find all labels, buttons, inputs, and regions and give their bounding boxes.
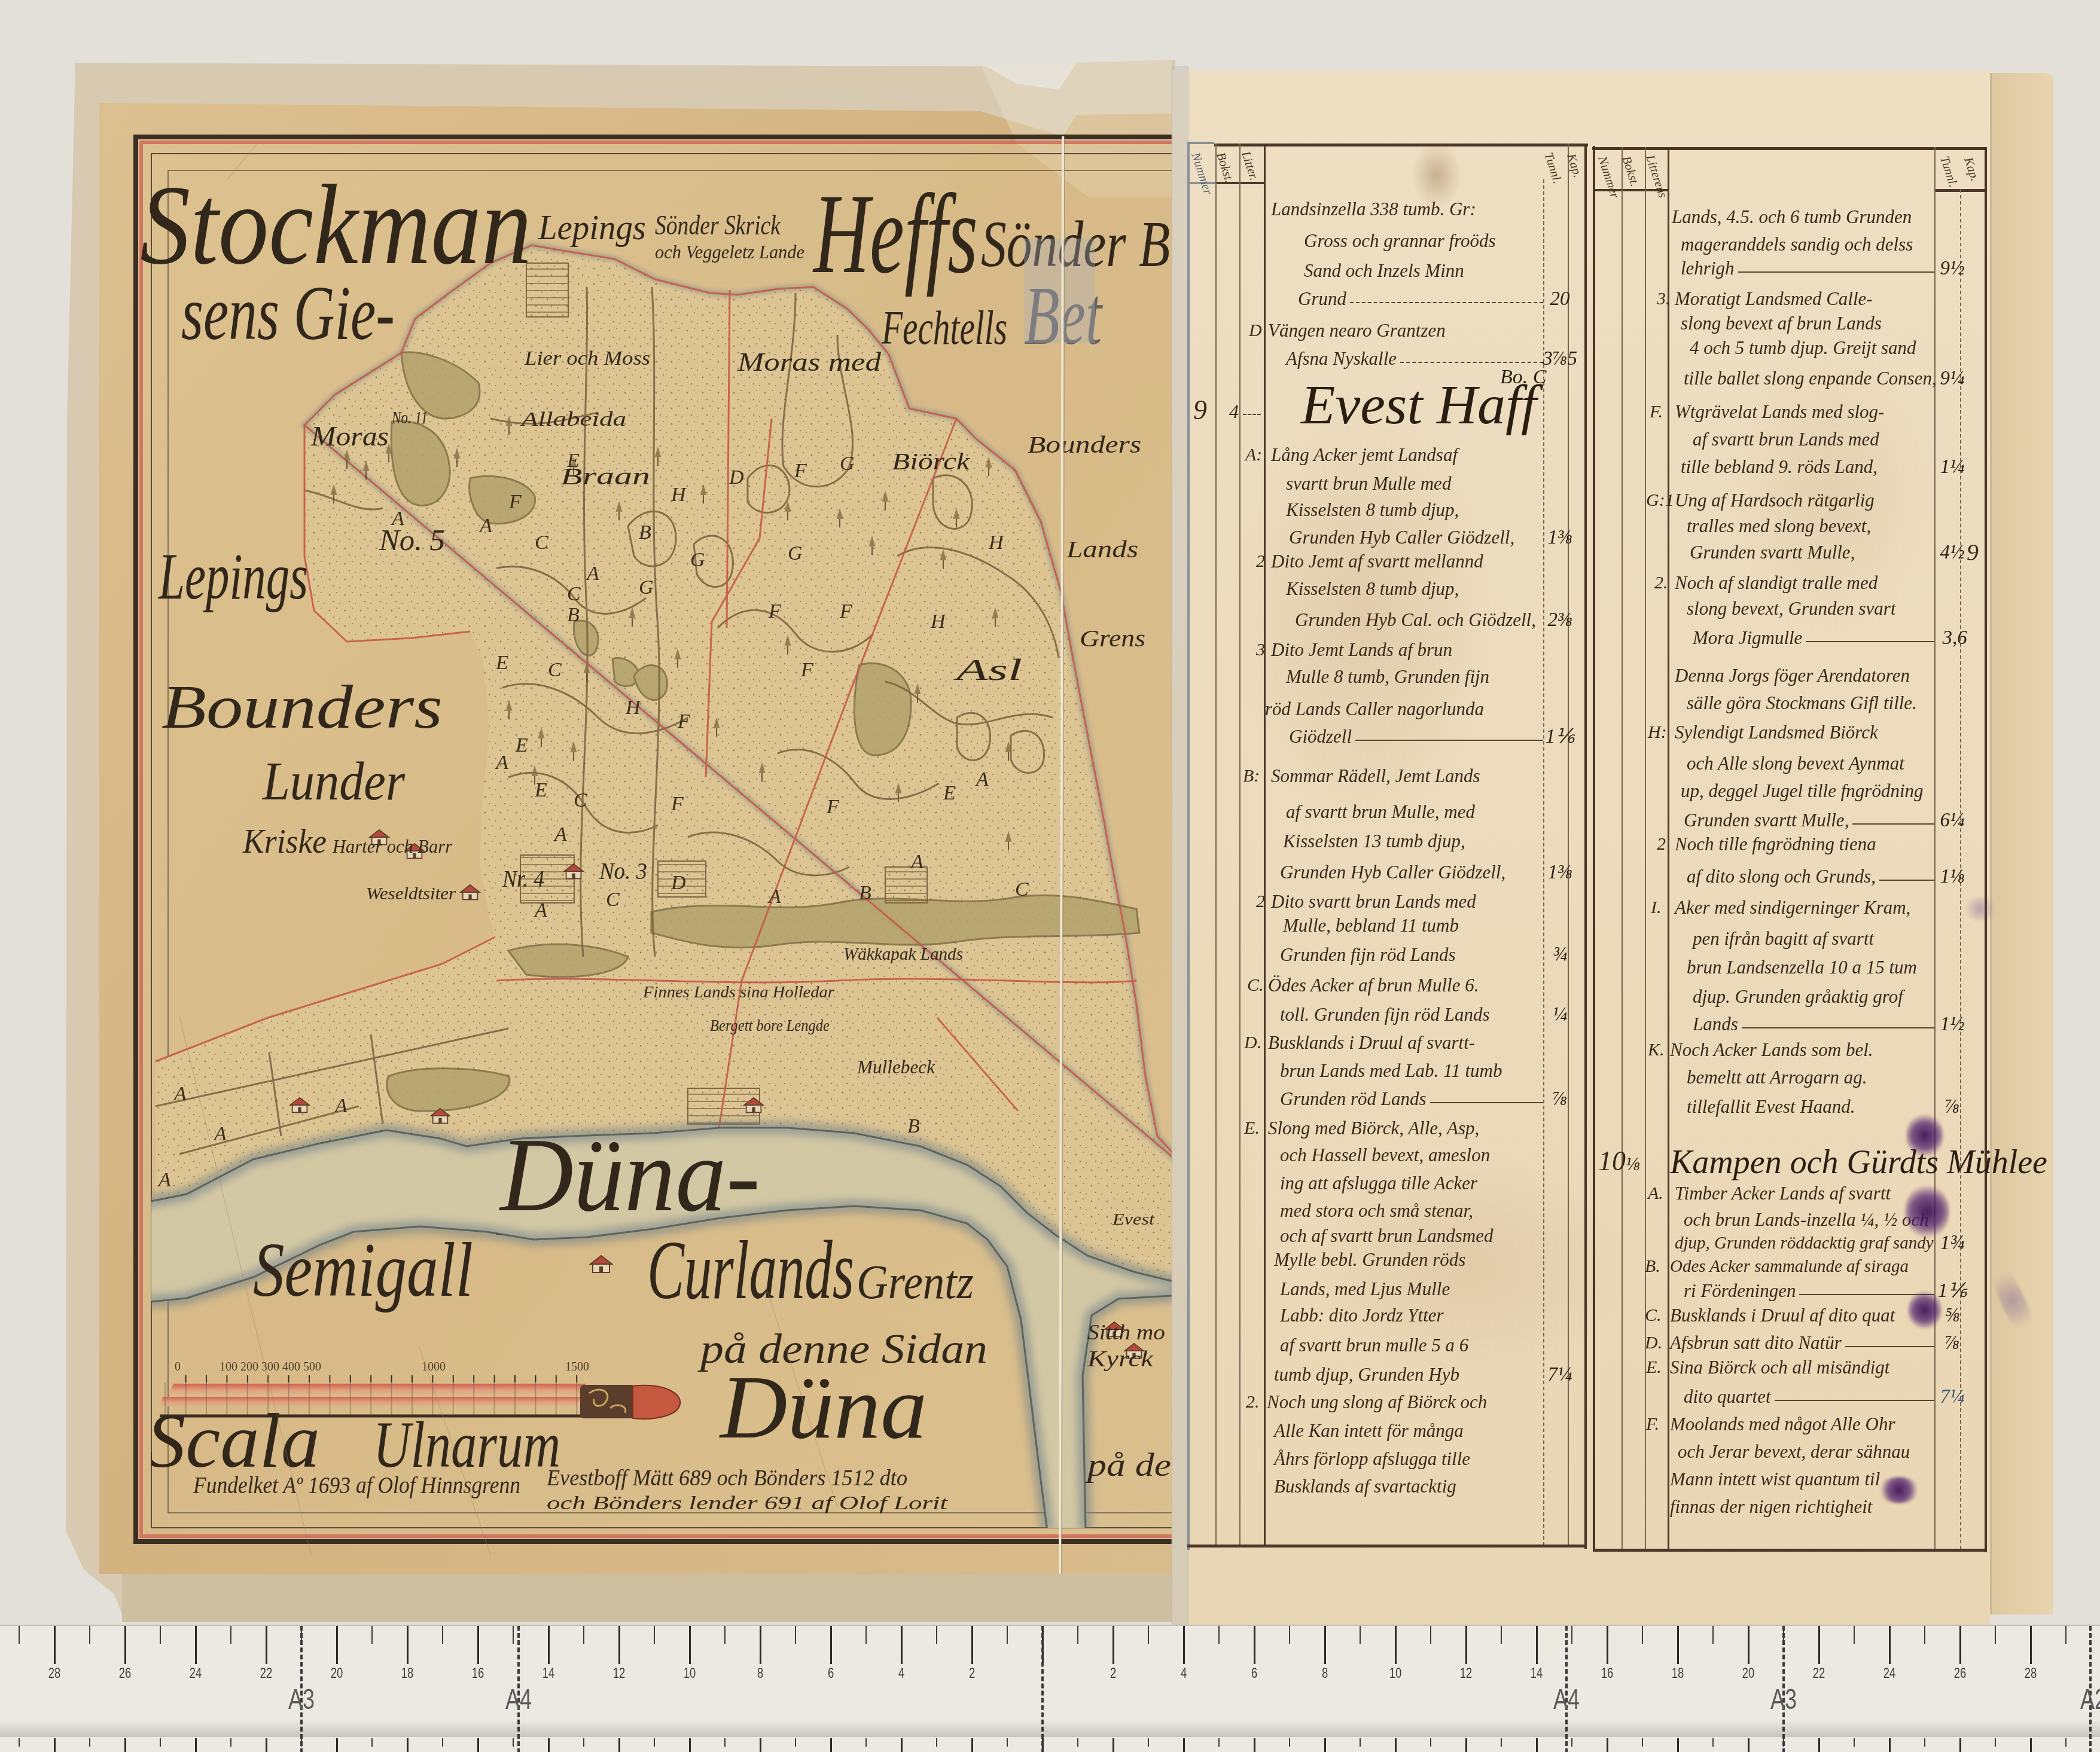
scale-tick-label: 100 200 300 400 500 — [220, 1360, 321, 1373]
ruler-number: 10 — [1386, 1665, 1405, 1681]
row-mark: D. — [1244, 1030, 1261, 1056]
ruler-number: 12 — [609, 1665, 629, 1681]
register-line: Grunden Hyb Cal. och Giödzell, — [1295, 607, 1536, 633]
parcel-letter: A — [767, 886, 781, 908]
parcel-letter: G — [690, 549, 705, 571]
register-line: Moratigt Landsmed Calle- — [1675, 286, 1873, 312]
register-line: Busklands i Druul af dito quat — [1670, 1302, 1895, 1329]
register-line: Alle Kan intett för många — [1274, 1418, 1464, 1444]
label-lepings: Lepings — [158, 540, 308, 613]
parcel-letter: A — [157, 1169, 171, 1191]
row-mark: F. — [1646, 1411, 1659, 1437]
register-line: Mylle bebl. Grunden röds — [1274, 1247, 1465, 1273]
title-heffs: Heffs — [812, 172, 978, 297]
register-line: up, deggel Jugel tille fngrödning — [1681, 778, 1924, 804]
ruler-number: 2 — [962, 1665, 982, 1681]
ruler-number: 8 — [1315, 1665, 1334, 1681]
register-line: Moolands med något Alle Ohr — [1670, 1411, 1895, 1437]
ruler-number: 18 — [1668, 1665, 1687, 1681]
register-line: brun Lands med Lab. 11 tumb — [1280, 1058, 1502, 1084]
parcel-letter: A — [910, 851, 923, 873]
scale-tick-label: 1000 — [422, 1360, 446, 1373]
register-line: Lands — [1693, 1011, 1934, 1037]
note-line: Evestboff Mätt 689 och Bönders 1512 dto — [546, 1466, 907, 1491]
label-bergett: Bergett bore Lengde — [710, 1017, 830, 1035]
parcel-letter: A — [213, 1123, 227, 1145]
scale-ruler: 28 26 24 22 20 18 16 14 12 10 8 6 4 2 2 … — [0, 1625, 2100, 1752]
section-sub-number: 4 — [1229, 398, 1239, 425]
row-mark: 2. — [1246, 1389, 1260, 1415]
register-line: Sina Biörck och all misändigt — [1670, 1354, 1889, 1381]
register-line: Lång Acker jemt Landsaf — [1271, 442, 1458, 468]
ruler-number: 6 — [1245, 1665, 1264, 1681]
parcel-letter: C — [567, 583, 581, 605]
ruler-number: 14 — [539, 1665, 558, 1681]
register-line: Kisselsten 13 tumb djup, — [1283, 828, 1465, 854]
register-line: djup. Grunden gråaktig grof — [1693, 984, 1903, 1010]
row-mark: K. — [1648, 1037, 1665, 1063]
parcel-letter: H — [625, 697, 642, 719]
label-sitth-mo: Sitth mo — [1087, 1320, 1165, 1344]
label-duna-bottom: Düna — [719, 1358, 927, 1457]
area-value: 9½ — [1933, 255, 1971, 282]
register-line: Timber Acker Lands af svartt — [1675, 1180, 1891, 1207]
register-line: Busklands af svartacktig — [1274, 1473, 1456, 1500]
label-evest-small: Evest — [1112, 1210, 1156, 1229]
ruler-number: 28 — [45, 1665, 64, 1681]
row-mark: B: — [1243, 763, 1260, 789]
ink-blot — [1878, 1477, 1920, 1503]
row-mark: C. — [1645, 1302, 1662, 1329]
row-mark: B. — [1645, 1253, 1660, 1280]
parcel-letter: B — [859, 882, 871, 904]
register-line: Ödes Acker af brun Mulle 6. — [1268, 972, 1479, 999]
row-mark: A. — [1648, 1180, 1663, 1207]
ruler-number: 18 — [398, 1665, 417, 1681]
parcel-letter: G — [639, 576, 654, 599]
label-no-4: Nr. 4 — [502, 865, 544, 892]
title-sonder-skrick: Sönder Skrick — [655, 210, 781, 240]
area-value: 20 — [1541, 286, 1579, 312]
label-lands-right: Lands — [1066, 536, 1138, 563]
ruler-number: 26 — [115, 1665, 135, 1681]
tape-patch — [1024, 239, 1095, 343]
ruler-format-label: A4 — [498, 1683, 539, 1716]
parcel-letter: G — [840, 453, 855, 475]
label-moras-med: Moras med — [737, 347, 882, 377]
register-line: Sylendigt Landsmed Biörck — [1675, 719, 1878, 746]
area-value: 2⅜ — [1541, 607, 1579, 633]
line-text: lehrigh — [1681, 255, 1735, 282]
label-wakkapak: Wäkkapak Lands — [843, 944, 963, 964]
label-grens-right: Grens — [1080, 625, 1145, 652]
register-line: af svartt brun mulle 5 a 6 — [1280, 1332, 1468, 1359]
title-lepings: Lepings — [538, 207, 646, 247]
ink-blot — [1908, 1290, 1941, 1330]
register-line: Mulle, bebland 11 tumb — [1283, 912, 1459, 939]
scanned-document: A F A E C A C B B H D G G F G G F F H H … — [0, 0, 2100, 1752]
parcel-letter: A — [334, 1095, 348, 1117]
label-curlands: Curlands — [647, 1224, 854, 1317]
register-line: 4 och 5 tumb djup. Greijt sand — [1690, 335, 1916, 361]
register-line: af svartt brun Lands med — [1693, 426, 1879, 453]
row-mark: 2 — [1256, 889, 1265, 915]
register-line: Noch af slandigt tralle med — [1675, 570, 1877, 596]
parcel-letter: E — [534, 779, 547, 801]
parcel-letter: B — [567, 604, 580, 626]
parcel-letter: F — [670, 793, 684, 815]
scale-unit: Ulnarum — [373, 1408, 560, 1481]
label-allabeida: Allabeida — [520, 408, 626, 431]
label-braan: Braan — [560, 463, 650, 490]
section-number: 9 — [1193, 397, 1207, 423]
row-mark: I. — [1651, 895, 1662, 921]
area-value: 4½ — [1933, 539, 1971, 566]
ruler-number: 2 — [1104, 1665, 1123, 1681]
row-mark: 2 — [1256, 548, 1265, 575]
area-value: ⅞ — [1933, 1094, 1971, 1120]
ruler-number: 16 — [1598, 1665, 1617, 1681]
line-text: Grund — [1298, 286, 1346, 312]
section-title-kampen: Kampen och Gürdts Mühlee — [1670, 1143, 2047, 1182]
row-mark: G:1 — [1646, 487, 1674, 514]
row-mark: 3. — [1657, 286, 1671, 312]
area-value: 9¼ — [1933, 365, 1971, 392]
area-value: ⅞ — [1933, 1330, 1971, 1356]
ruler-number: 28 — [2021, 1665, 2040, 1681]
register-line: Grunden röd Lands — [1280, 1086, 1543, 1112]
line-text: Grunden röd Lands — [1280, 1086, 1427, 1112]
parcel-letter: C — [548, 659, 562, 681]
parcel-letter: D — [670, 872, 686, 894]
ruler-edge — [0, 1722, 2100, 1737]
ruler-format-label: A2 — [2073, 1683, 2100, 1716]
parcel-letter: A — [173, 1083, 187, 1105]
register-line: Landsinzella 338 tumb. Gr: — [1271, 196, 1476, 222]
ink-blot — [1906, 1113, 1943, 1158]
parcel-letter: A — [975, 768, 989, 790]
register-line: brun Landsenzella 10 a 15 tum — [1687, 954, 1917, 981]
register-line: ri Fördeningen — [1684, 1278, 1934, 1304]
area-value: 6¼ — [1933, 807, 1971, 834]
line-text: Grunden svartt Mulle, — [1684, 807, 1849, 834]
register-line: Noch ung slong af Biörck och — [1267, 1389, 1487, 1415]
register-line: Grunden svartt Mulle, — [1690, 539, 1855, 566]
label-no-3: No. 3 — [599, 857, 647, 884]
title-fechtells: Fechtells — [881, 302, 1007, 355]
register-line: Vängen nearo Grantzen — [1268, 318, 1446, 344]
register-line: Aker med sindigerninger Kram, — [1675, 895, 1910, 921]
register-line: Denna Jorgs föger Arendatoren — [1675, 663, 1910, 689]
label-lunder: Lunder — [261, 750, 406, 811]
row-mark: E. — [1244, 1115, 1260, 1141]
ruler-number: 4 — [892, 1665, 911, 1681]
area-value: 1½ — [1933, 1011, 1971, 1037]
register-line: sälle göra Stockmans Gifl tille. — [1687, 690, 1917, 716]
register-line: Lands, med Ljus Mulle — [1280, 1276, 1450, 1302]
register-line: Dito Jemt af svartt mellannd — [1271, 548, 1483, 575]
section-sub-number: ⅛ — [1626, 1150, 1640, 1177]
parcel-letter: H — [670, 484, 687, 506]
register-line: pen ifrån bagitt af svartt — [1693, 926, 1874, 952]
register-line: Wtgrävelat Lands med slog- — [1675, 399, 1884, 425]
ruler-number: 20 — [1739, 1665, 1758, 1681]
ruler-number: 10 — [680, 1665, 699, 1681]
ruler-number: 22 — [1809, 1665, 1828, 1681]
ruler-center-marker — [1041, 1626, 1044, 1752]
row-mark: C. — [1247, 972, 1264, 999]
parcel-letter: A — [553, 823, 567, 846]
register-line: toll. Grunden fijn röd Lands — [1280, 1002, 1490, 1028]
parcel-letter: F — [839, 600, 853, 622]
row-mark: 2 — [1657, 831, 1666, 857]
label-asl: Asl — [953, 653, 1022, 686]
label-grentz: Grentz — [857, 1256, 974, 1309]
note-line: Fundelket Aº 1693 af Olof Hinnsgrenn — [193, 1472, 520, 1498]
register-line: Dito Jemt Lands af brun — [1271, 637, 1452, 663]
scale-tick-label: 0 — [175, 1360, 181, 1373]
register-line: Slong med Biörck, Alle, Asp, — [1268, 1115, 1479, 1141]
area-extra-value: 9 — [1967, 539, 1979, 566]
ruler-ticks-bottom — [0, 1738, 2100, 1752]
register-line: Labb: dito Jordz Ytter — [1280, 1302, 1444, 1329]
ruler-number: 8 — [751, 1665, 770, 1681]
register-line: och af svartt brun Landsmed — [1280, 1223, 1494, 1249]
area-value: 3⅞5 — [1541, 346, 1579, 372]
title-sens-gie: sens Gie- — [181, 270, 395, 356]
parcel-letter: B — [639, 521, 651, 544]
parcel-letter: A — [495, 752, 508, 774]
parcel-letter: E — [495, 652, 508, 674]
label-duna-top: Düna- — [499, 1117, 760, 1233]
register-line: Grunden Hyb Caller Giödzell, — [1280, 859, 1505, 886]
register-line: Sommar Rädell, Jemt Lands — [1271, 763, 1480, 789]
label-pa-de: på de — [1084, 1446, 1171, 1483]
ruler-format-label: A2 — [0, 1683, 7, 1716]
register-line: mageranddels sandig och delss — [1681, 231, 1913, 258]
ruler-number: 22 — [257, 1665, 276, 1681]
title-stockman: Stockman — [140, 163, 532, 288]
ruler-ticks-top — [0, 1626, 2100, 1664]
ruler-number: 4 — [1174, 1665, 1193, 1681]
register-line: djup, Grunden röddacktig graf sandy — [1675, 1230, 1934, 1256]
ink-smudge — [1962, 897, 1998, 921]
scale-ornament — [580, 1385, 635, 1418]
parcel-letter: C — [606, 889, 620, 911]
ruler-number: 26 — [1950, 1665, 1970, 1681]
register-line: Giödzell — [1289, 724, 1543, 750]
label-finnes: Finnes Lands sina Holledar — [642, 983, 834, 1002]
parcel-letter: A — [586, 563, 599, 585]
parcel-letter: F — [677, 710, 691, 732]
parcel-letter: B — [907, 1115, 920, 1137]
ink-blot — [1905, 1184, 1949, 1239]
register-line: Noch tille fngrödning tiena — [1675, 831, 1876, 857]
area-value: 1⅜ — [1541, 859, 1579, 886]
parcel-letter: H — [988, 532, 1005, 554]
area-value: ¾ — [1541, 942, 1579, 968]
register-line: finnas der nigen richtigheit — [1670, 1494, 1872, 1520]
parcel-letter: E — [515, 734, 528, 756]
register-line: svartt brun Mulle med — [1286, 471, 1451, 497]
register-line: Gross och grannar froöds — [1304, 228, 1496, 254]
register-line: Kisselsten 8 tumb djup, — [1286, 576, 1459, 602]
section-number: 10 — [1598, 1148, 1626, 1174]
register-line: ing att afslugga tille Acker — [1280, 1170, 1477, 1197]
ruler-number: 6 — [821, 1665, 840, 1681]
area-value: 3,6 — [1936, 625, 1974, 651]
register-line: slong bevext af brun Lands — [1681, 310, 1882, 337]
label-moras: Moras — [310, 421, 389, 451]
register-line: Afsbrun satt dito Natür — [1670, 1330, 1934, 1356]
label-kyrck: Kyrck — [1087, 1347, 1154, 1372]
parcel-letter: C — [1015, 878, 1029, 901]
register-line: Afsna Nyskalle — [1286, 346, 1543, 372]
row-mark: D — [1249, 318, 1262, 344]
label-no-11: No. 11 — [391, 408, 428, 428]
label-kriske: Kriske — [242, 823, 327, 860]
register-line: Kisselsten 8 tumb djup, — [1286, 497, 1459, 523]
row-mark: 2. — [1654, 570, 1668, 596]
line-text: dito quartet — [1684, 1384, 1771, 1410]
label-weseldt: Weseldtsiter — [366, 884, 456, 904]
register-line: tille bebland 9. röds Land, — [1681, 454, 1877, 480]
label-biorck: Biörck — [892, 448, 971, 475]
bottom-tape — [122, 1574, 1175, 1622]
register-line: Mulle 8 tumb, Grunden fijn — [1286, 664, 1489, 690]
line-text: af dito slong och Grunds, — [1687, 863, 1876, 890]
ruler-number: 24 — [1880, 1665, 1899, 1681]
register-line: Sand och Inzels Minn — [1304, 258, 1464, 284]
title-veggeletz: och Veggeletz Lande — [655, 241, 804, 263]
ruler-number: 20 — [327, 1665, 346, 1681]
register-line: Odes Acker sammalunde af siraga — [1670, 1253, 1909, 1280]
register-line: tumb djup, Grunden Hyb — [1274, 1362, 1459, 1388]
line-text: Afsbrun satt dito Natür — [1670, 1330, 1842, 1356]
register-line: tralles med slong bevext, — [1687, 513, 1871, 539]
row-mark: H: — [1648, 719, 1667, 746]
parcel-letter: F — [826, 796, 840, 818]
register-line: Ung af Hardsoch rätgarlig — [1675, 487, 1875, 514]
ruler-number: 24 — [186, 1665, 205, 1681]
parcel-letter: F — [508, 491, 522, 513]
register-line: Grund — [1298, 286, 1543, 312]
label-harter-och-barr: Harter och Barr — [332, 835, 452, 857]
note-line: och Bönders lender 691 af Olof Lorit — [547, 1492, 949, 1513]
area-value: ¼ — [1541, 1002, 1579, 1028]
register-line: Åhrs förlopp afslugga tille — [1274, 1446, 1470, 1472]
register-line: bemeltt att Arrogarn ag. — [1687, 1064, 1867, 1091]
register-line: Mora Jigmulle — [1693, 625, 1934, 651]
row-mark: 3 — [1256, 637, 1265, 663]
area-value: ⅞ — [1541, 1086, 1579, 1112]
register-line: Grunden fijn röd Lands — [1280, 942, 1456, 968]
parcel-letter: F — [794, 460, 807, 482]
area-value: 1⅛ — [1933, 863, 1971, 890]
page-flap — [1990, 73, 2053, 1614]
label-lier-och-moss: Lier och Moss — [524, 347, 650, 370]
ruler-number: 12 — [1456, 1665, 1476, 1681]
register-line: Grunden Hyb Caller Giödzell, — [1289, 524, 1514, 551]
register-line: af svartt brun Mulle, med — [1286, 799, 1475, 825]
register-line: Dito svartt brun Lands med — [1271, 889, 1476, 915]
ruler-format-label: A3 — [281, 1683, 322, 1716]
register-line: tille ballet slong enpande Consen, — [1684, 365, 1937, 392]
ruler-format-label: A3 — [1763, 1683, 1804, 1716]
register-line: med stora och små stenar, — [1280, 1198, 1473, 1224]
page-edge-tape — [1171, 66, 1189, 1626]
register-line: tillefallit Evest Haand. — [1687, 1094, 1855, 1120]
register-line: Lands, 4.5. och 6 tumb Grunden — [1672, 204, 1912, 230]
register-line: Busklands i Druul af svartt- — [1268, 1030, 1475, 1056]
parcel-letter: C — [574, 789, 587, 811]
parcel-letter: C — [535, 532, 548, 554]
parcel-letter: D — [729, 466, 744, 489]
row-mark: F. — [1650, 399, 1663, 425]
line-text: ri Fördeningen — [1684, 1278, 1796, 1304]
area-value: 1⅜ — [1541, 524, 1579, 551]
register-line: och Alle slong bevext Aynmat — [1687, 750, 1904, 777]
label-mullebeck: Mullebeck — [857, 1056, 935, 1078]
line-text: Mora Jigmulle — [1693, 625, 1802, 651]
register-line: röd Lands Caller nagorlunda — [1265, 696, 1484, 722]
register-line: af dito slong och Grunds, — [1687, 863, 1934, 890]
ruler-format-label: A4 — [1546, 1683, 1587, 1716]
register-line: Noch Acker Lands som bel. — [1670, 1037, 1873, 1063]
scale-tick-label: 1500 — [565, 1360, 589, 1373]
label-bounders: Bounders — [161, 673, 443, 741]
register-line: lehrigh — [1681, 255, 1934, 282]
register-line: och Jerar bevext, derar sähnau — [1678, 1439, 1910, 1465]
parcel-letter: F — [768, 600, 782, 622]
line-text: Lands — [1693, 1011, 1738, 1037]
register-line: Grunden svartt Mulle, — [1684, 807, 1934, 834]
row-mark: A: — [1245, 442, 1262, 468]
label-semigall: Semigall — [253, 1227, 473, 1313]
parcel-letter: G — [788, 542, 803, 564]
label-no-5: No. 5 — [379, 523, 445, 557]
register-line: Mann intett wist quantum til — [1670, 1466, 1880, 1492]
ruler-number: 16 — [468, 1665, 487, 1681]
register-line: och brun Lands-inzella ¼, ½ och — [1684, 1207, 1929, 1233]
line-text: Afsna Nyskalle — [1286, 346, 1397, 372]
line-text: Giödzell — [1289, 724, 1352, 750]
parcel-letter: A — [478, 515, 492, 537]
register-line: slong bevext, Grunden svart — [1687, 596, 1896, 622]
register-line: och Hassell bevext, ameslon — [1280, 1142, 1490, 1168]
register-line: dito quartet — [1684, 1384, 1934, 1410]
parcel-letter: E — [943, 782, 956, 804]
row-mark: E. — [1646, 1354, 1662, 1381]
parcel-letter: A — [534, 899, 547, 921]
parcel-letter: H — [930, 611, 947, 633]
label-bounders-right: Bounders — [1028, 431, 1141, 458]
area-value: 1¼ — [1933, 454, 1971, 480]
area-value: 7¼ — [1541, 1362, 1579, 1388]
area-value: 7¼ — [1933, 1384, 1971, 1410]
row-mark: D. — [1645, 1330, 1662, 1356]
ruler-number: 14 — [1527, 1665, 1546, 1681]
parcel-letter: F — [800, 659, 814, 681]
area-value: 1⅙ — [1541, 724, 1579, 750]
